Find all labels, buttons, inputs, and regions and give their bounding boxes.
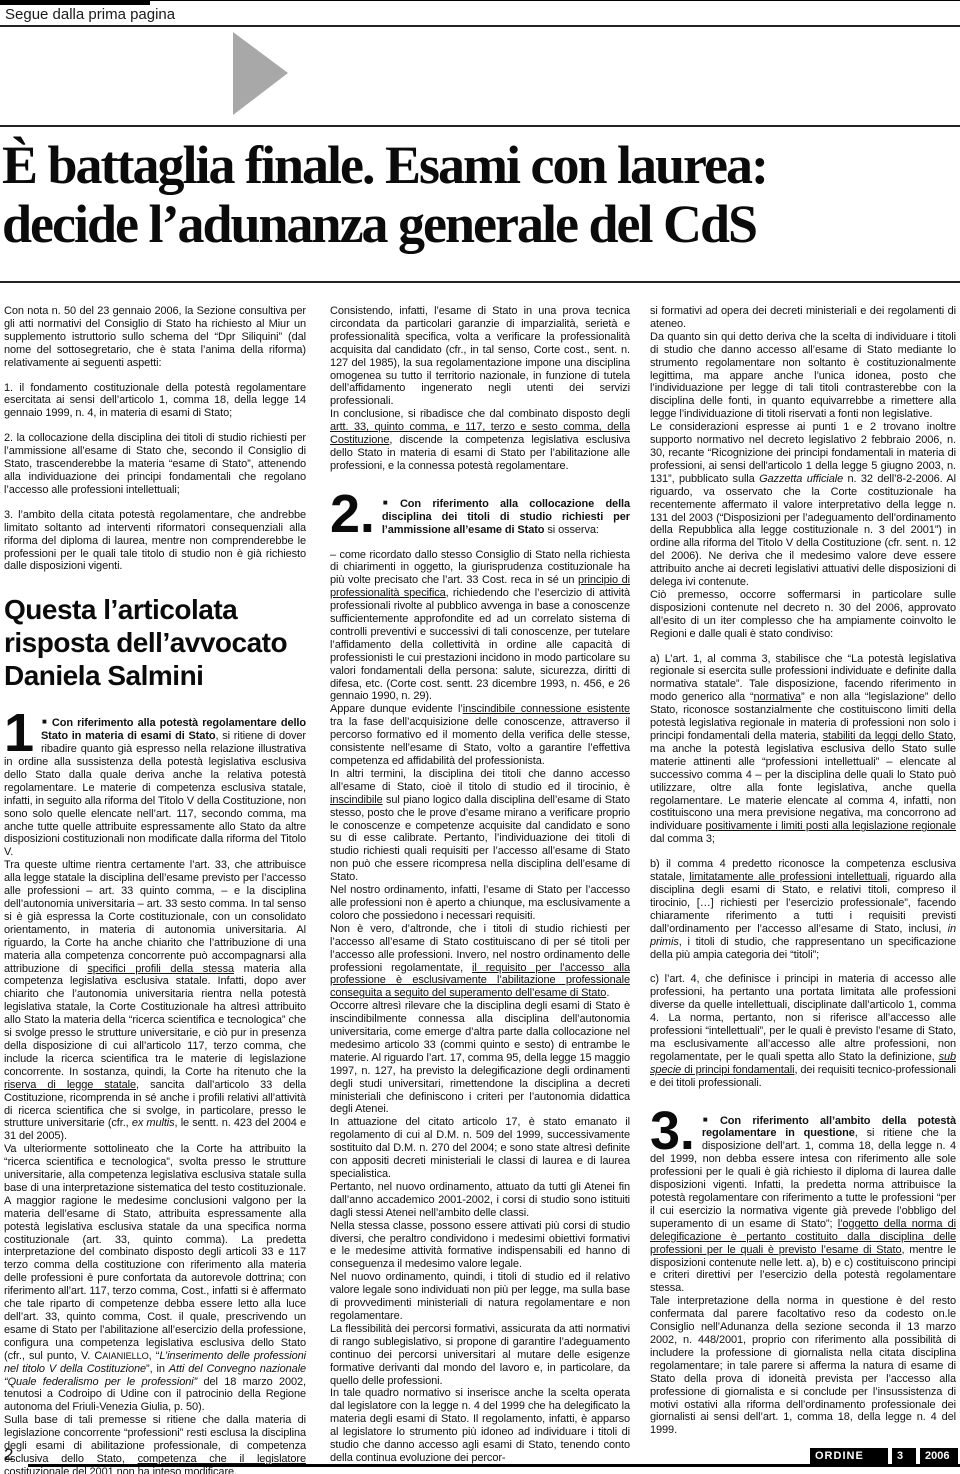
headline-line-1: È battaglia finale. Esami con laurea:: [2, 136, 958, 195]
body-paragraph: c) l’art. 4, che definisce i principi in…: [650, 973, 956, 1089]
body-paragraph: Pertanto, nel nuovo ordinamento, attuato…: [330, 1181, 630, 1220]
top-corner-bar: [0, 0, 150, 5]
headline-line-2: decide l’adunanza generale del CdS: [2, 195, 958, 254]
section-number: 1: [4, 713, 41, 754]
footer-rule: [28, 1464, 960, 1467]
body-paragraph: 3. l’ambito della citata potestà regolam…: [4, 509, 306, 574]
article-subhead: Questa l’articolatarisposta dell’avvocat…: [4, 593, 306, 692]
body-paragraph: Occorre altresì rilevare che la discipli…: [330, 1000, 630, 1116]
body-paragraph: In tale quadro normativo si inserisce an…: [330, 1387, 630, 1464]
page-number: 2: [4, 1445, 13, 1465]
body-paragraph: Tale interpretazione della norma in ques…: [650, 1295, 956, 1437]
square-bullet-icon: ■: [42, 717, 48, 726]
page-jump-arrow-icon: [233, 32, 288, 115]
square-bullet-icon: ■: [703, 1115, 716, 1124]
footer-issue-number: 3: [892, 1448, 916, 1464]
numbered-section: 2.■Con riferimento alla collocazione del…: [330, 497, 630, 537]
body-paragraph: Nella stessa classe, possono essere atti…: [330, 1220, 630, 1272]
body-paragraph: 1. il fondamento costituzionale della po…: [4, 382, 306, 421]
body-paragraph: Nel nostro ordinamento, infatti, l’esame…: [330, 884, 630, 923]
body-paragraph: si formativi ad opera dei decreti minist…: [650, 305, 956, 331]
footer-magazine-name: ORDINE: [810, 1448, 888, 1464]
body-paragraph: Nel nuovo ordinamento, quindi, i titoli …: [330, 1271, 630, 1323]
section-body: , si ritiene che la disposizione dell’ar…: [650, 1127, 956, 1294]
body-paragraph: In altri termini, la disciplina dei tito…: [330, 768, 630, 884]
newspaper-page: { "page": { "kicker": "Segue dalla prima…: [0, 0, 960, 1474]
body-paragraph: 2. la collocazione della disciplina dei …: [4, 432, 306, 497]
body-paragraph: b) il comma 4 predetto riconosce la comp…: [650, 858, 956, 961]
body-paragraph: In attuazione del citato articolo 17, è …: [330, 1116, 630, 1181]
numbered-section: 3.■Con riferimento all’ambito della pote…: [650, 1114, 956, 1296]
numbered-section: 1■Con riferimento alla potestà regolamen…: [4, 716, 306, 859]
kicker: Segue dalla prima pagina: [5, 6, 175, 23]
article-column-2: Consistendo, infatti, l’esame di Stato i…: [330, 305, 630, 1465]
body-paragraph: In conclusione, si ribadisce che dal com…: [330, 408, 630, 473]
body-paragraph: Ciò premesso, occorre soffermarsi in par…: [650, 589, 956, 641]
body-paragraph: Va ulteriormente sottolineato che la Cor…: [4, 1143, 306, 1414]
body-paragraph: – come ricordato dallo stesso Consiglio …: [330, 549, 630, 704]
body-paragraph: Appare dunque evidente l’inscindibile co…: [330, 703, 630, 768]
body-paragraph: Consistendo, infatti, l’esame di Stato i…: [330, 305, 630, 408]
article-column-3: si formativi ad opera dei decreti minist…: [650, 305, 956, 1437]
body-paragraph: Non è vero, d’altronde, che i titoli di …: [330, 923, 630, 1000]
body-paragraph: Con nota n. 50 del 23 gennaio 2006, la S…: [4, 305, 306, 370]
square-bullet-icon: ■: [383, 498, 396, 507]
divider: [0, 281, 960, 283]
divider: [0, 25, 960, 27]
divider: [0, 125, 960, 127]
body-paragraph: Tra queste ultime rientra certamente l’a…: [4, 859, 306, 1143]
article-column-1: Con nota n. 50 del 23 gennaio 2006, la S…: [4, 305, 306, 1474]
section-number: 3.: [650, 1111, 702, 1152]
body-paragraph: Le considerazioni espresse ai punti 1 e …: [650, 421, 956, 589]
footer-masthead: ORDINE 3 2006: [810, 1448, 958, 1464]
body-paragraph: Da quanto sin qui detto deriva che la sc…: [650, 331, 956, 421]
headline: È battaglia finale. Esami con laurea: de…: [2, 136, 958, 254]
section-body: , si ritiene di dover ribadire quanto gi…: [4, 730, 306, 858]
section-number: 2.: [330, 494, 382, 535]
section-body: si osserva:: [544, 524, 598, 536]
body-paragraph: a) L’art. 1, al comma 3, stabilisce che …: [650, 653, 956, 847]
footer-year: 2006: [920, 1448, 958, 1464]
body-paragraph: La flessibilità dei percorsi formativi, …: [330, 1323, 630, 1388]
